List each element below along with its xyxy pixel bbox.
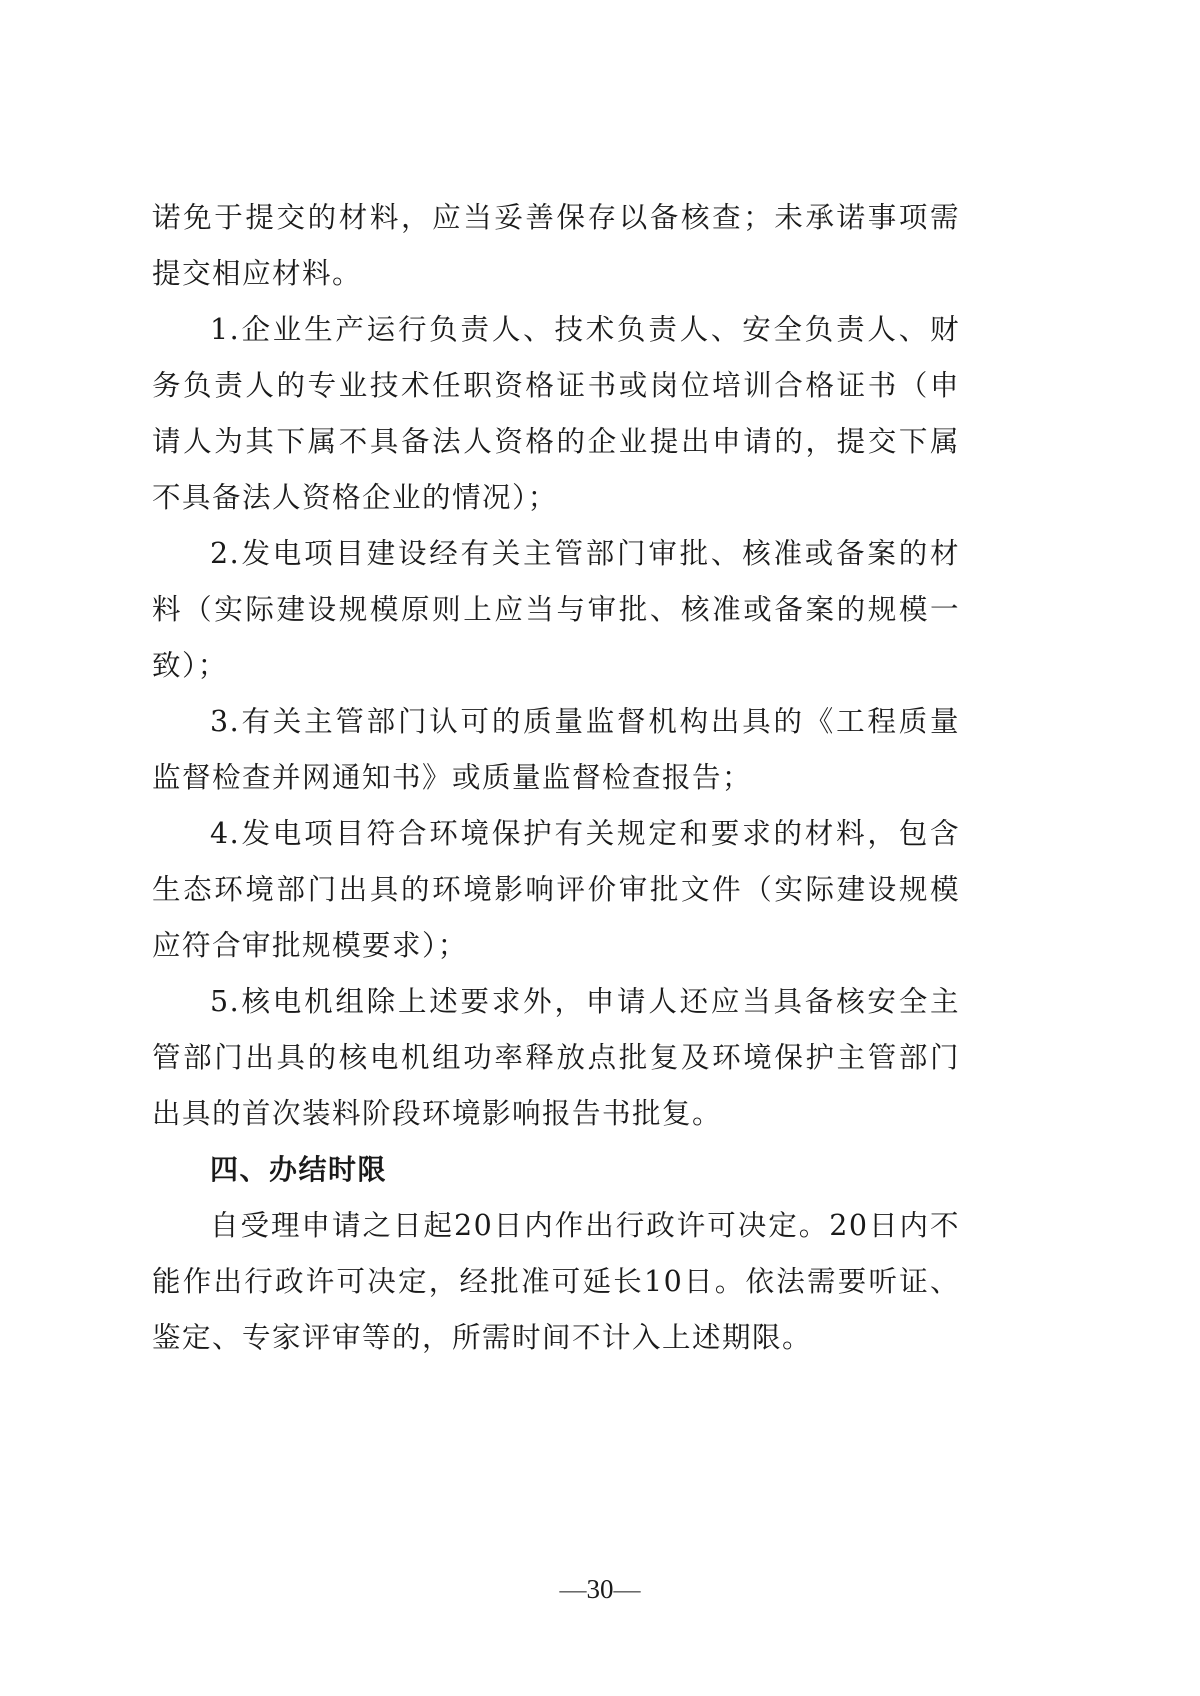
list-item-1: 1.企业生产运行负责人、技术负责人、安全负责人、财务负责人的专业技术任职资格证书…: [152, 302, 960, 526]
paragraph-body: 自受理申请之日起20日内作出行政许可决定。20日内不能作出行政许可决定，经批准可…: [152, 1198, 960, 1366]
document-body: 诺免于提交的材料，应当妥善保存以备核查；未承诺事项需提交相应材料。 1.企业生产…: [152, 190, 960, 1366]
section-heading: 四、办结时限: [152, 1142, 960, 1198]
footer-dash-left: —: [560, 1574, 587, 1604]
list-item-3: 3.有关主管部门认可的质量监督机构出具的《工程质量监督检查并网通知书》或质量监督…: [152, 694, 960, 806]
page-footer: —30—: [0, 1574, 1200, 1605]
list-item-4: 4.发电项目符合环境保护有关规定和要求的材料，包含生态环境部门出具的环境影响评价…: [152, 806, 960, 974]
paragraph-continuation: 诺免于提交的材料，应当妥善保存以备核查；未承诺事项需提交相应材料。: [152, 190, 960, 302]
list-item-5: 5.核电机组除上述要求外，申请人还应当具备核安全主管部门出具的核电机组功率释放点…: [152, 974, 960, 1142]
footer-dash-right: —: [614, 1574, 641, 1604]
page-number: 30: [587, 1574, 614, 1604]
list-item-2: 2.发电项目建设经有关主管部门审批、核准或备案的材料（实际建设规模原则上应当与审…: [152, 526, 960, 694]
